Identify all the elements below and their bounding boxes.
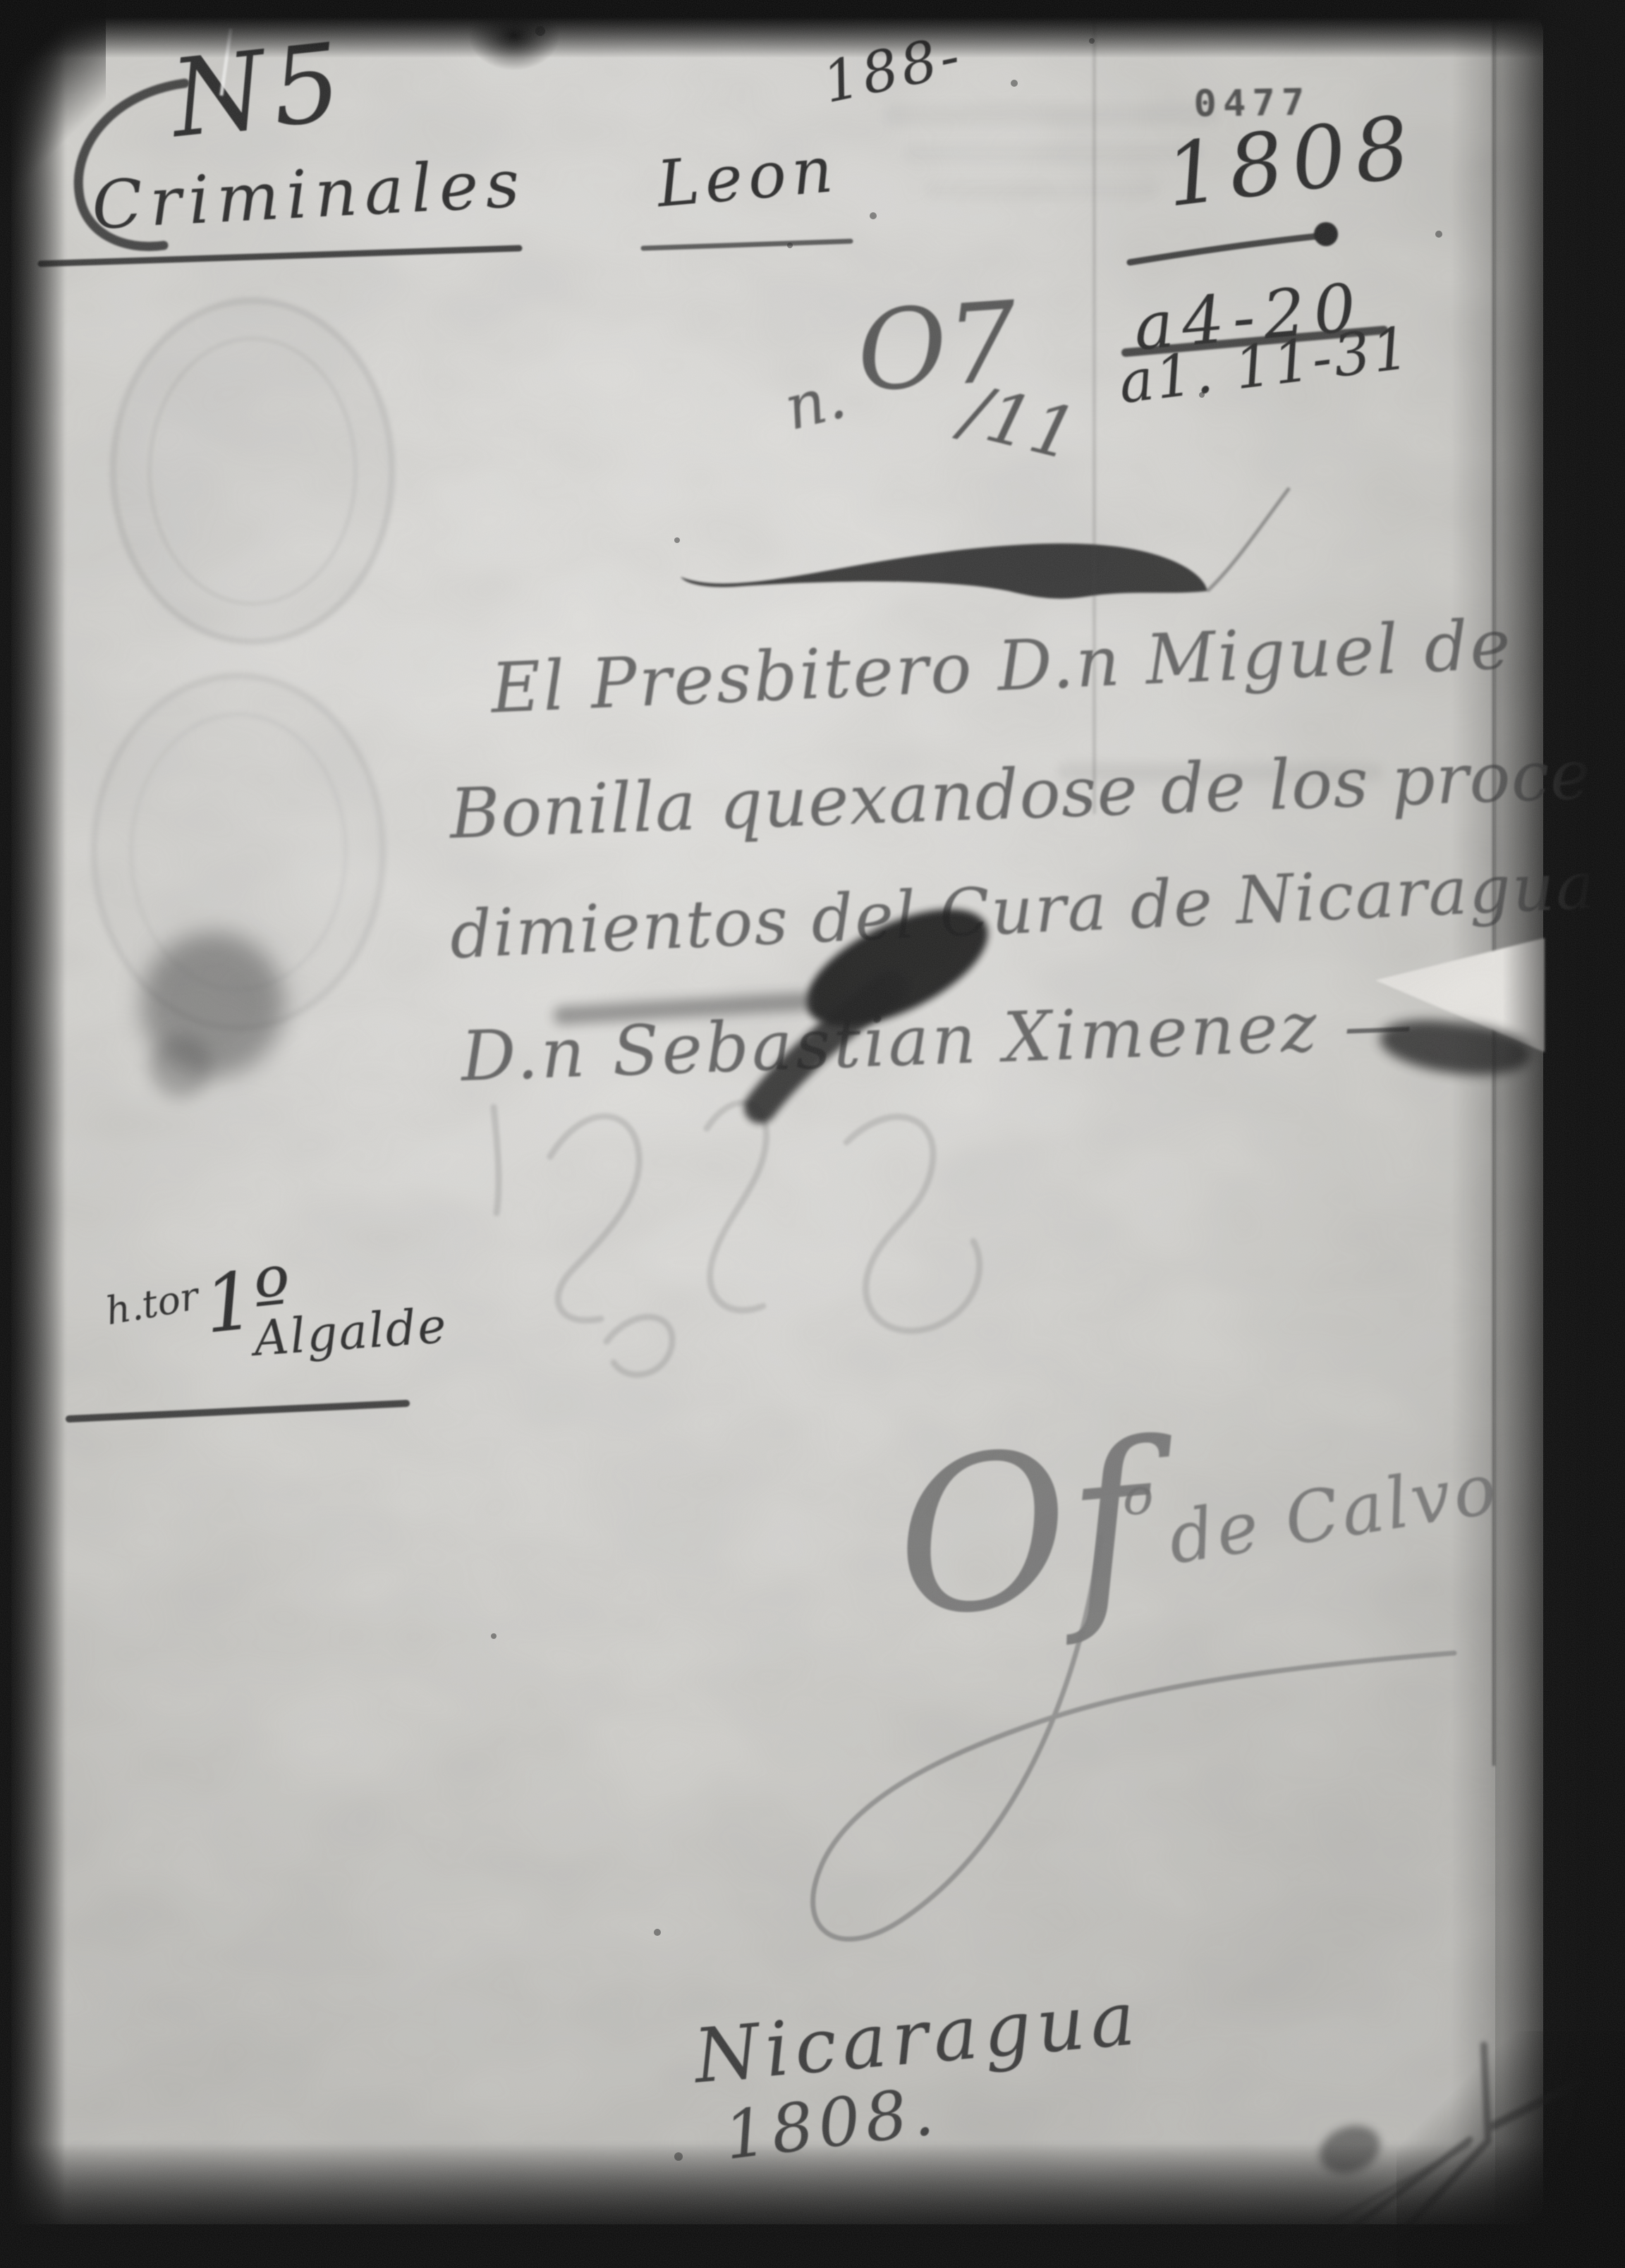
film-grain-overlay <box>0 0 1625 2268</box>
archival-photo: N5 Criminales 188- Leon 0477 1808 a4-20 … <box>0 0 1625 2268</box>
